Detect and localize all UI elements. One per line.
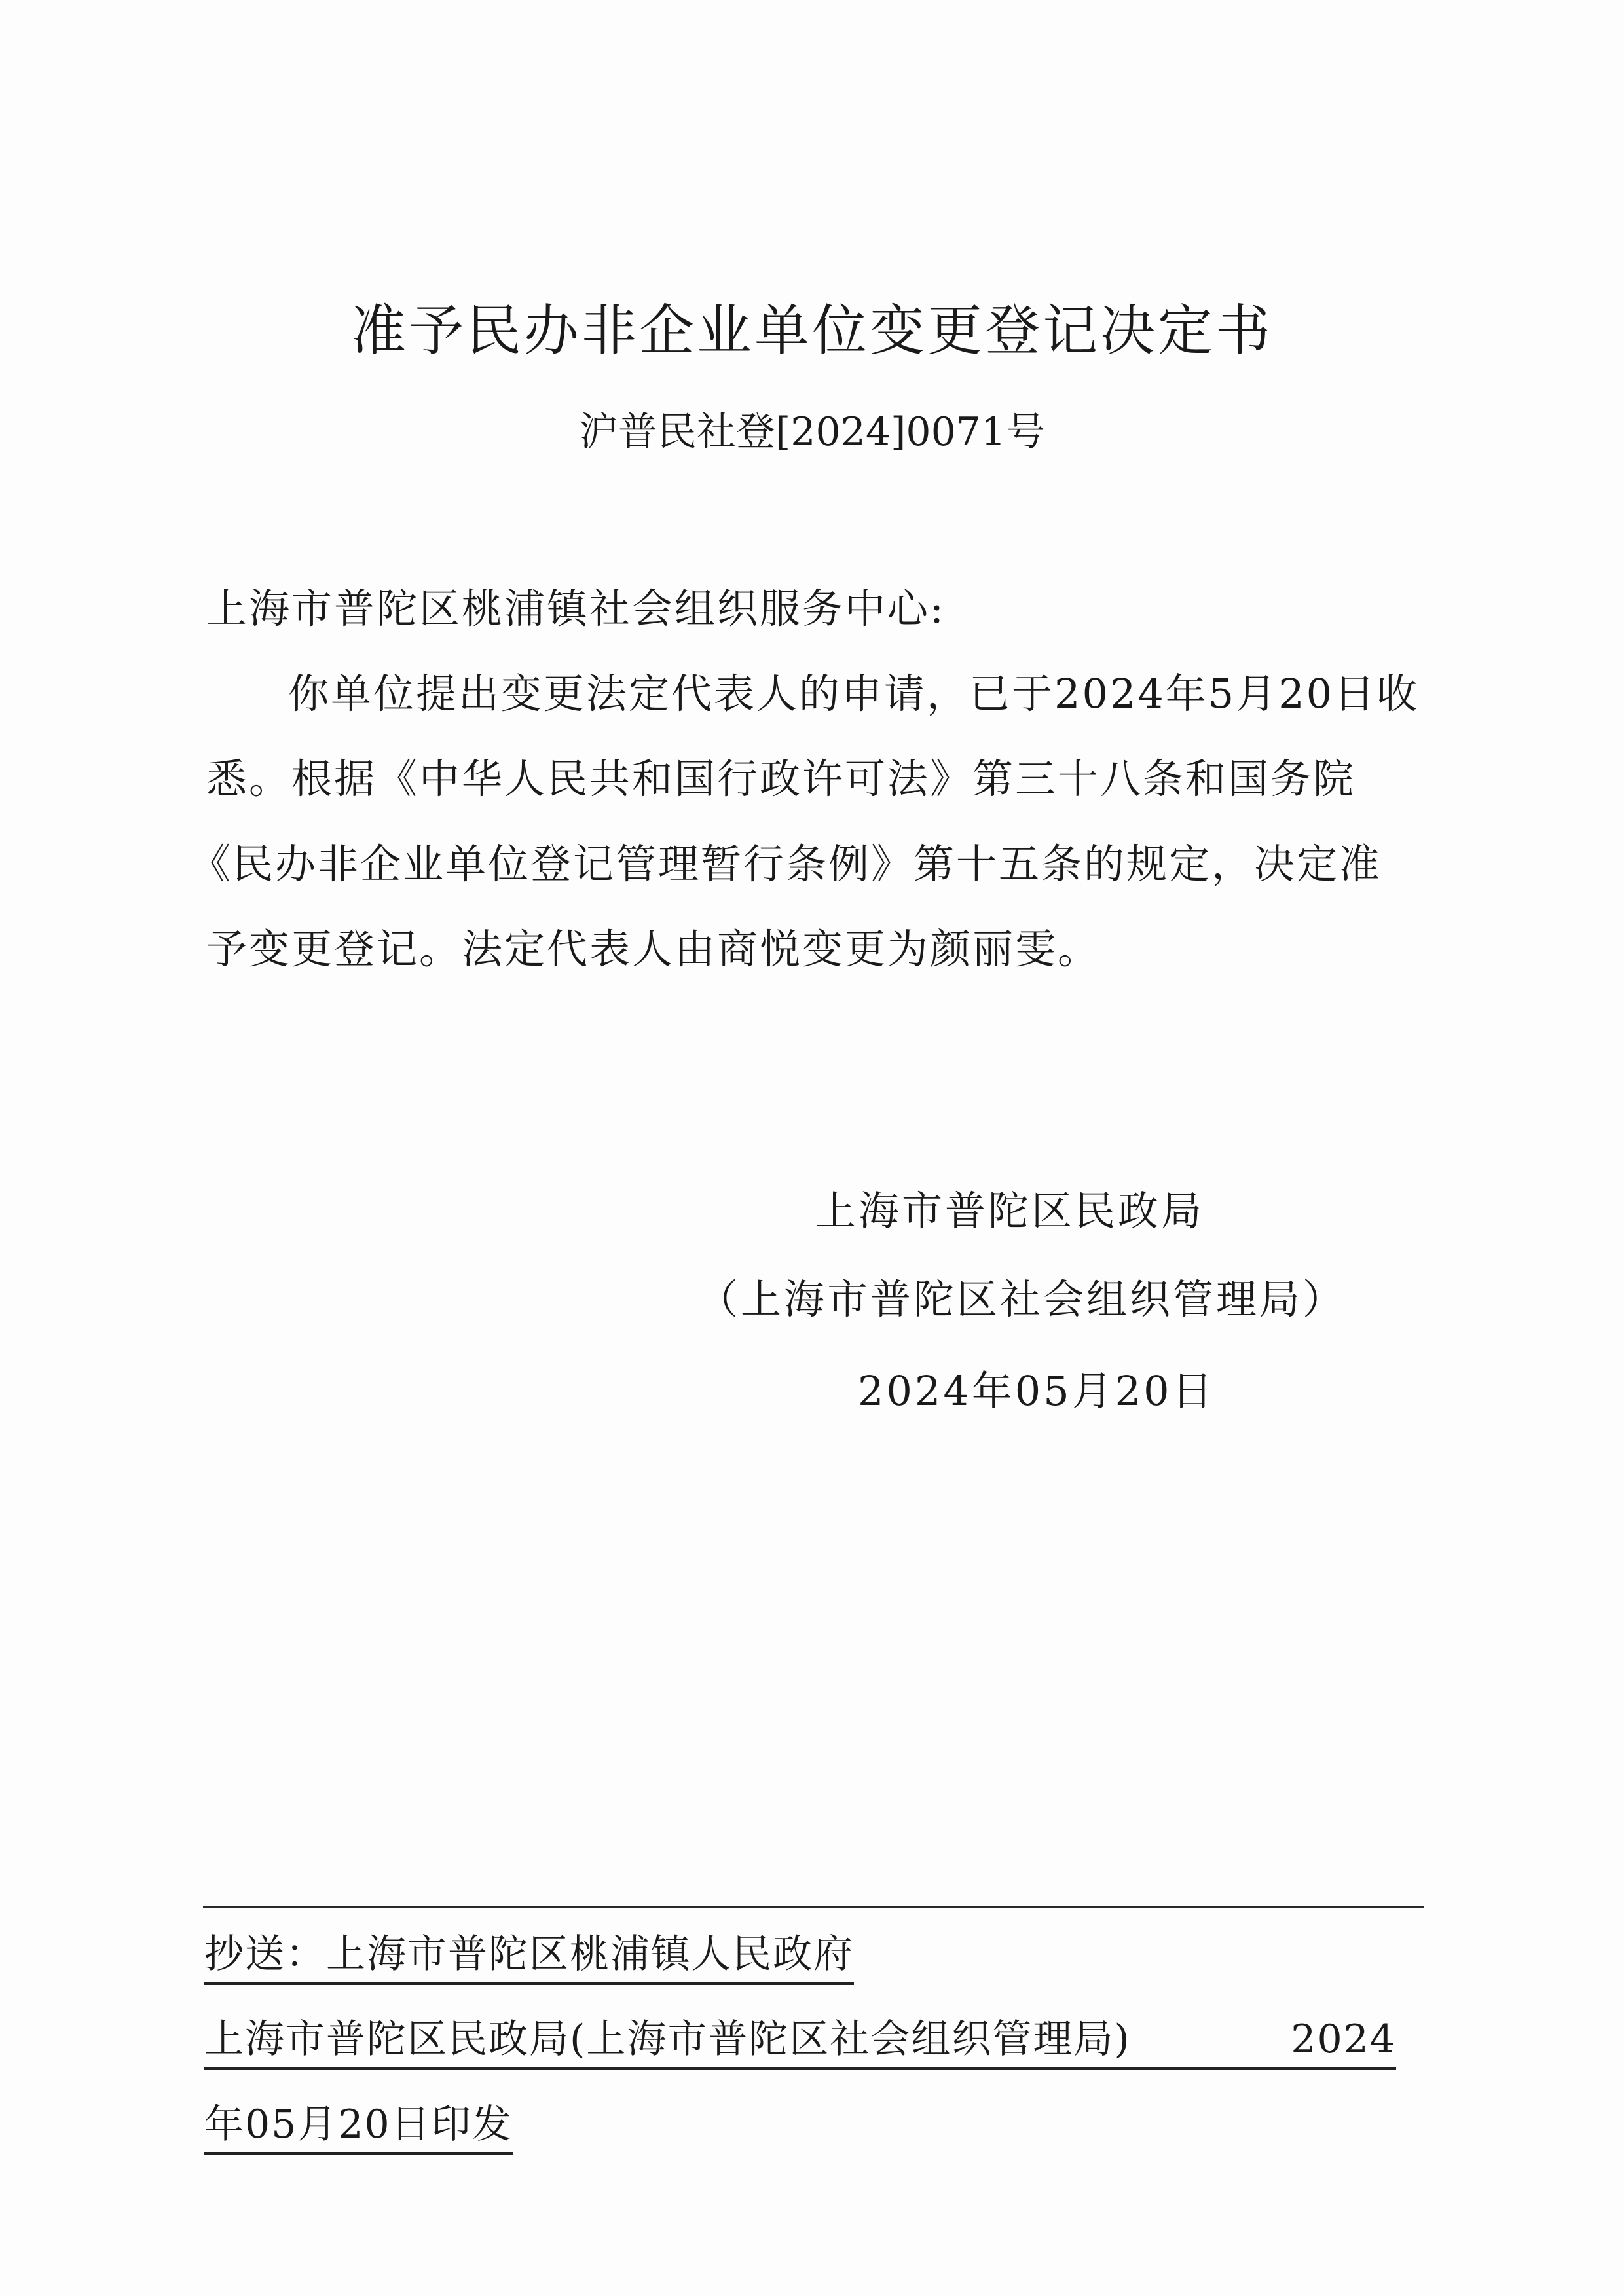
body-line-3: 《民办非企业单位登记管理暂行条例》第十五条的规定，决定准 xyxy=(190,838,1382,890)
document-title: 准予民办非企业单位变更登记决定书 xyxy=(0,295,1624,367)
cc-line: 抄送：上海市普陀区桃浦镇人民政府 xyxy=(204,1928,854,1985)
printer-issuer: 上海市普陀区民政局(上海市普陀区社会组织管理局) xyxy=(204,2013,1131,2066)
body-line-2: 悉。根据《中华人民共和国行政许可法》第三十八条和国务院 xyxy=(206,753,1356,805)
salutation: 上海市普陀区桃浦镇社会组织服务中心: xyxy=(206,583,946,635)
body-line-4: 予变更登记。法定代表人由商悦变更为颜丽雯。 xyxy=(206,923,1100,975)
body-line-1: 你单位提出变更法定代表人的申请，已于2024年5月20日收 xyxy=(288,668,1419,720)
signature-issuer-alias: （上海市普陀区社会组织管理局） xyxy=(697,1273,1346,1326)
signature-issuer: 上海市普陀区民政局 xyxy=(815,1185,1204,1237)
signature-date: 2024年05月20日 xyxy=(858,1365,1215,1417)
printer-year: 2024 xyxy=(1291,2013,1396,2066)
printer-line: 上海市普陀区民政局(上海市普陀区社会组织管理局) 2024 xyxy=(204,2013,1396,2070)
document-number: 沪普民社登[2024]0071号 xyxy=(0,406,1624,458)
printed-date: 年05月20日印发 xyxy=(204,2098,513,2155)
footer-divider xyxy=(203,1906,1424,1908)
